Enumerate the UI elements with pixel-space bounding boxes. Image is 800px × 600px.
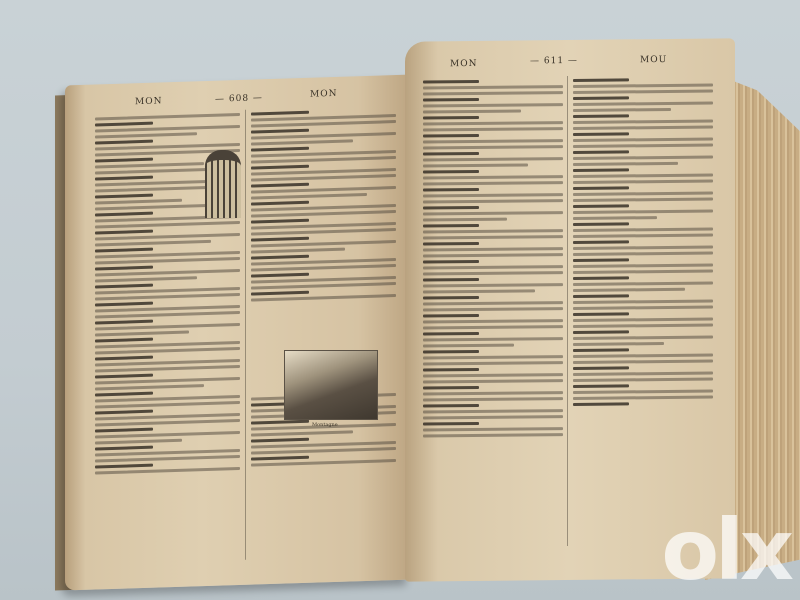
column-divider [245,110,246,560]
open-book: MON — 608 — MON [55,40,800,580]
running-head-right: MOU [640,55,667,65]
mountain-caption: Montagne [312,422,338,428]
text-column-3 [423,76,563,440]
left-page: MON — 608 — MON [65,75,410,591]
column-divider [567,76,568,546]
photo-scene: MON — 608 — MON [0,0,800,600]
mountain-illustration [284,350,378,420]
running-head-right: MON [310,89,337,100]
running-head-left: MON [450,59,477,69]
temple-illustration [205,150,241,218]
running-head-left: MON [135,96,162,107]
page-number-right: — 611 — [530,56,578,67]
page-number-left: — 608 — [215,93,263,105]
olx-watermark: olx [661,508,790,592]
text-column-4 [573,75,713,409]
